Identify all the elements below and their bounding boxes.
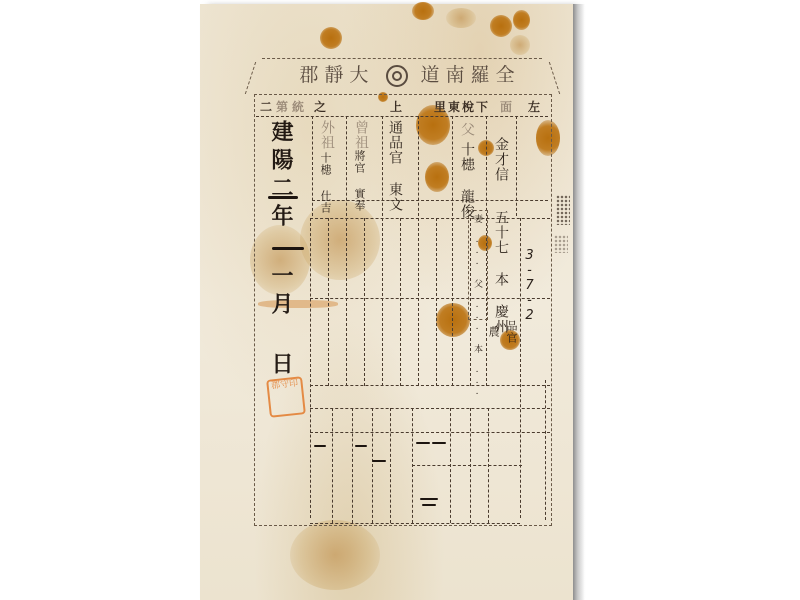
grid-line [418, 218, 419, 386]
title-char: 全 [496, 64, 521, 86]
stain [446, 8, 476, 28]
grid-line [412, 408, 413, 523]
grid-line [382, 116, 383, 216]
header-cell: 梲 [462, 98, 474, 115]
header-cell: 統 [292, 98, 304, 115]
title-char: 羅 [471, 64, 496, 86]
date-column: 建陽二年 一月 日 [270, 120, 292, 380]
rank-entry: 十槵 仕吉 [320, 152, 331, 214]
table-mark [432, 442, 446, 444]
table-mark [420, 498, 438, 500]
stain [490, 15, 512, 37]
handwritten-annotation: 3-7-2 [522, 248, 537, 323]
grid-line [312, 116, 313, 216]
stain [290, 520, 380, 590]
header-cell: 里 [434, 98, 446, 115]
header-cell: 下 [476, 98, 488, 115]
grid-line [486, 116, 487, 216]
ink-speckles [556, 195, 570, 225]
table-mark [416, 442, 430, 444]
title-char: 南 [446, 64, 471, 86]
grid-line [470, 408, 471, 523]
ink-stroke [272, 247, 304, 250]
grid-line [516, 116, 517, 216]
grid-line [520, 218, 521, 518]
grid-line [545, 380, 546, 520]
title-char: 道 [421, 64, 446, 86]
column-label: 曾祖 [354, 120, 368, 150]
stain [510, 35, 530, 55]
page-shadow [573, 4, 585, 600]
grid-line [310, 218, 311, 518]
seal-text: 郡守印 [271, 379, 299, 392]
grid-line [372, 408, 373, 523]
header-cell: 面 [500, 98, 512, 115]
grid-line [312, 200, 548, 201]
header-cell: 第 [276, 98, 288, 115]
table-mark [314, 445, 326, 447]
table-mark [355, 445, 367, 447]
grid-line [452, 218, 453, 386]
column-label: 外祖 [320, 120, 334, 150]
ink-speckles [554, 235, 568, 253]
grid-line [488, 408, 489, 523]
table-mark [372, 460, 386, 462]
grid-line [364, 218, 365, 386]
cultivation-note: 農 [488, 326, 499, 338]
title-char: 靜 [324, 64, 349, 86]
grid-line [412, 465, 522, 466]
ink-stroke [268, 196, 298, 199]
rank-entry: 通品官 東文 [388, 120, 402, 212]
table-mark [422, 504, 436, 506]
document-title: 全羅南道 大靜郡 [290, 60, 530, 87]
title-char: 大 [349, 64, 374, 86]
grid-line [310, 432, 550, 433]
title-char: 郡 [299, 64, 324, 86]
stain [513, 10, 530, 30]
grid-line [436, 218, 437, 386]
grid-line [452, 116, 453, 216]
grid-line [346, 116, 347, 216]
grid-line [418, 116, 419, 216]
grid-line [256, 116, 548, 117]
grid-line [382, 218, 383, 386]
grid-line [332, 408, 333, 523]
grid-line [310, 523, 520, 524]
header-cell: 二 [260, 98, 272, 115]
header-cell: 之 [314, 98, 326, 115]
header-cell: 上 [390, 98, 402, 115]
grid-line [310, 408, 550, 409]
official-seal-icon [386, 65, 408, 87]
household-head-age-origin: 五十七 本 慶州 [494, 210, 508, 334]
official-note: 品官 [506, 320, 517, 344]
father-entry: 十槵 龍俊 [460, 142, 474, 219]
grid-line [328, 218, 329, 386]
rank-entry: 將官 實奉 [354, 150, 365, 212]
wife-info: 妻 ... 父 ... 本 ... [472, 214, 481, 398]
household-head-name: 金才信 [494, 137, 508, 182]
header-cell: 東 [448, 98, 460, 115]
header-row: 二 第 統 之 上 里 東 梲 下 面 左 [256, 96, 550, 116]
stain [320, 27, 342, 49]
magistrate-seal: 郡守印 [266, 376, 306, 418]
stain [412, 2, 434, 20]
column-label: 父 [460, 122, 474, 137]
grid-line [346, 218, 347, 386]
header-cell: 左 [528, 98, 540, 115]
grid-line [450, 408, 451, 523]
grid-line [400, 218, 401, 386]
grid-line [352, 408, 353, 523]
grid-line [390, 408, 391, 523]
